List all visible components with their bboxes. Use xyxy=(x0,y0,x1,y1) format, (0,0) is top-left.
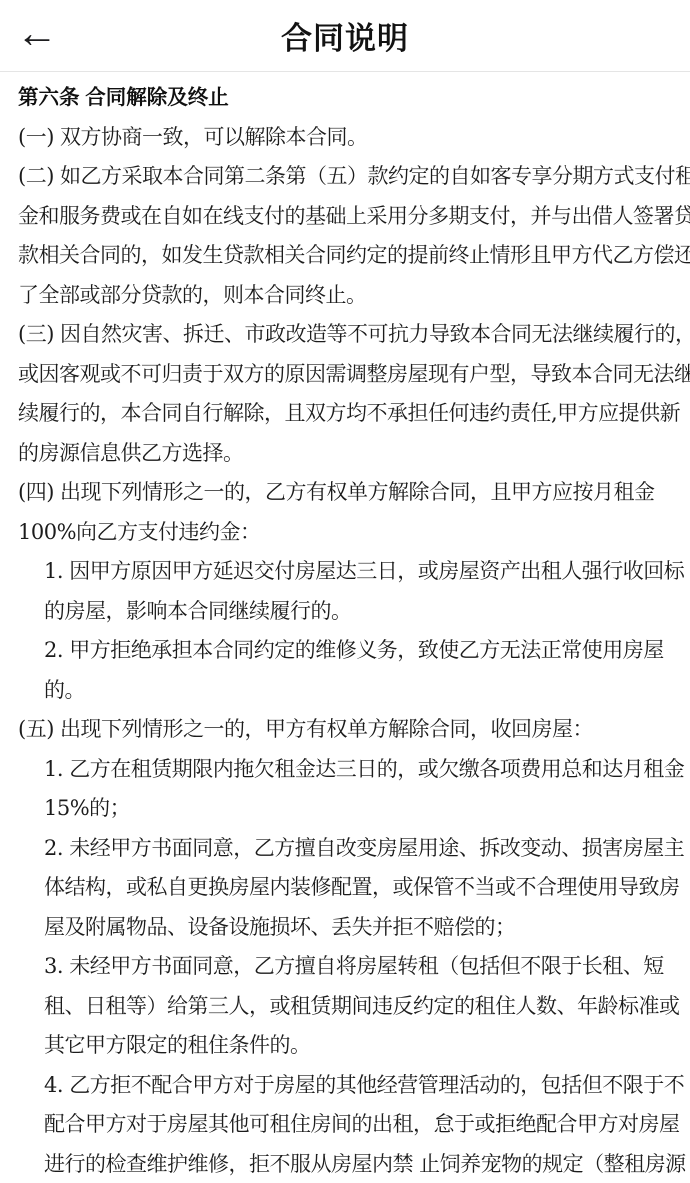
contract-line: 配合甲方对于房屋其他可租住房间的出租，怠于或拒绝配合甲方对房屋 xyxy=(18,1105,678,1145)
contract-line: 金和服务费或在自如在线支付的基础上采用分多期支付，并与出借人签署贷 xyxy=(18,197,678,237)
contract-line: 租、日租等）给第三人，或租赁期间违反约定的租住人数、年龄标准或 xyxy=(18,987,678,1027)
contract-line: (一) 双方协商一致，可以解除本合同。 xyxy=(18,118,678,158)
contract-line: 1. 因甲方原因甲方延迟交付房屋达三日，或房屋资产出租人强行收回标 xyxy=(18,552,678,592)
contract-line: 屋及附属物品、设备设施损坏、丢失并拒不赔偿的； xyxy=(18,908,678,948)
contract-line: 的房源信息供乙方选择。 xyxy=(18,434,678,474)
contract-line: (五) 出现下列情形之一的，甲方有权单方解除合同，收回房屋： xyxy=(18,710,678,750)
contract-line: 进行的检查维护维修，拒不服从房屋内禁 止饲养宠物的规定（整租房源 xyxy=(18,1145,678,1183)
page-title: 合同说明 xyxy=(0,0,690,71)
contract-line: 2. 未经甲方书面同意，乙方擅自改变房屋用途、拆改变动、损害房屋主 xyxy=(18,829,678,869)
contract-line: 4. 乙方拒不配合甲方对于房屋的其他经营管理活动的，包括但不限于不 xyxy=(18,1066,678,1106)
contract-line: (二) 如乙方采取本合同第二条第（五）款约定的自如客专享分期方式支付租 xyxy=(18,157,678,197)
contract-line: 1. 乙方在租赁期限内拖欠租金达三日的，或欠缴各项费用总和达月租金 xyxy=(18,750,678,790)
contract-line: 15%的； xyxy=(18,789,678,829)
contract-line: 100%向乙方支付违约金： xyxy=(18,513,678,553)
contract-line: 款相关合同的，如发生贷款相关合同约定的提前终止情形且甲方代乙方偿还 xyxy=(18,236,678,276)
contract-line: 其它甲方限定的租住条件的。 xyxy=(18,1026,678,1066)
contract-body[interactable]: 第六条 合同解除及终止 (一) 双方协商一致，可以解除本合同。 (二) 如乙方采… xyxy=(0,72,690,1183)
contract-line: 的房屋，影响本合同继续履行的。 xyxy=(18,592,678,632)
contract-line: 体结构，或私自更换房屋内装修配置，或保管不当或不合理使用导致房 xyxy=(18,868,678,908)
contract-line: 2. 甲方拒绝承担本合同约定的维修义务，致使乙方无法正常使用房屋 xyxy=(18,631,678,671)
contract-line: 或因客观或不可归责于双方的原因需调整房屋现有户型，导致本合同无法继 xyxy=(18,355,678,395)
contract-line: (四) 出现下列情形之一的，乙方有权单方解除合同，且甲方应按月租金 xyxy=(18,473,678,513)
contract-line: 了全部或部分贷款的，则本合同终止。 xyxy=(18,276,678,316)
nav-header: ← 合同说明 xyxy=(0,0,690,71)
section-heading: 第六条 合同解除及终止 xyxy=(18,78,678,118)
contract-line: (三) 因自然灾害、拆迁、市政改造等不可抗力导致本合同无法继续履行的， xyxy=(18,315,678,355)
contract-line: 续履行的，本合同自行解除，且双方均不承担任何违约责任,甲方应提供新 xyxy=(18,394,678,434)
contract-line: 3. 未经甲方书面同意，乙方擅自将房屋转租（包括但不限于长租、短 xyxy=(18,947,678,987)
contract-line: 的。 xyxy=(18,671,678,711)
